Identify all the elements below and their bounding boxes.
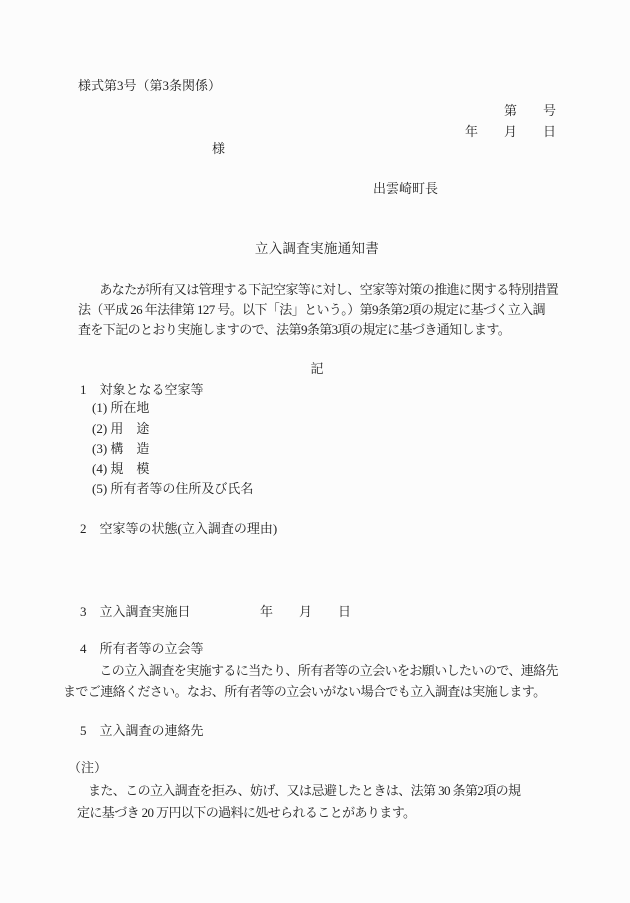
section-1-heading: 1 対象となる空家等 (80, 383, 204, 397)
sender-title: 出雲崎町長 (373, 182, 438, 196)
note-label: （注） (68, 761, 107, 775)
section-5-heading: 5 立入調査の連絡先 (80, 724, 204, 738)
section-2-heading: 2 空家等の状態(立入調査の理由) (80, 522, 277, 536)
form-number: 様式第3号（第3条関係） (78, 79, 221, 93)
section-1-item-use: (2) 用 途 (92, 422, 149, 436)
note-line-2: 定に基づき 20 万円以下の過料に処せられることがあります。 (77, 806, 415, 820)
section-1-item-scale: (4) 規 模 (92, 462, 149, 476)
section-3-date-blank: 年 月 日 (260, 605, 351, 619)
intro-line-3: 査を下記のとおり実施しますので、法第9条第3項の規定に基づき通知します。 (78, 323, 510, 337)
doc-number-blank: 第 号 (78, 104, 556, 118)
addressee-honorific: 様 (212, 142, 225, 156)
document-page: 様式第3号（第3条関係） 第 号 年 月 日 様 出雲崎町長 立入調査実施通知書… (0, 0, 630, 903)
issue-date-blank: 年 月 日 (78, 125, 556, 139)
section-1-item-owner: (5) 所有者等の住所及び氏名 (92, 482, 253, 496)
section-4-heading: 4 所有者等の立会等 (80, 642, 204, 656)
section-3-heading: 3 立入調査実施日 (80, 605, 191, 619)
section-4-line-1: この立入調査を実施するに当たり、所有者等の立会いをお願いしたいので、連絡先 (87, 664, 558, 678)
section-1-item-structure: (3) 構 造 (92, 442, 149, 456)
section-4-line-2: までご連絡ください。なお、所有者等の立会いがない場合でも立入調査は実施します。 (63, 685, 546, 699)
note-line-1: また、この立入調査を拒み、妨げ、又は忌避したときは、法第 30 条第2項の規 (88, 784, 520, 798)
document-title: 立入調査実施通知書 (78, 242, 556, 256)
intro-line-1: あなたが所有又は管理する下記空家等に対し、空家等対策の推進に関する特別措置 (87, 283, 558, 297)
section-1-item-location: (1) 所在地 (92, 401, 149, 415)
intro-line-2: 法（平成 26 年法律第 127 号。以下「法」という。）第9条第2項の規定に基… (78, 303, 545, 317)
record-marker: 記 (78, 362, 556, 376)
